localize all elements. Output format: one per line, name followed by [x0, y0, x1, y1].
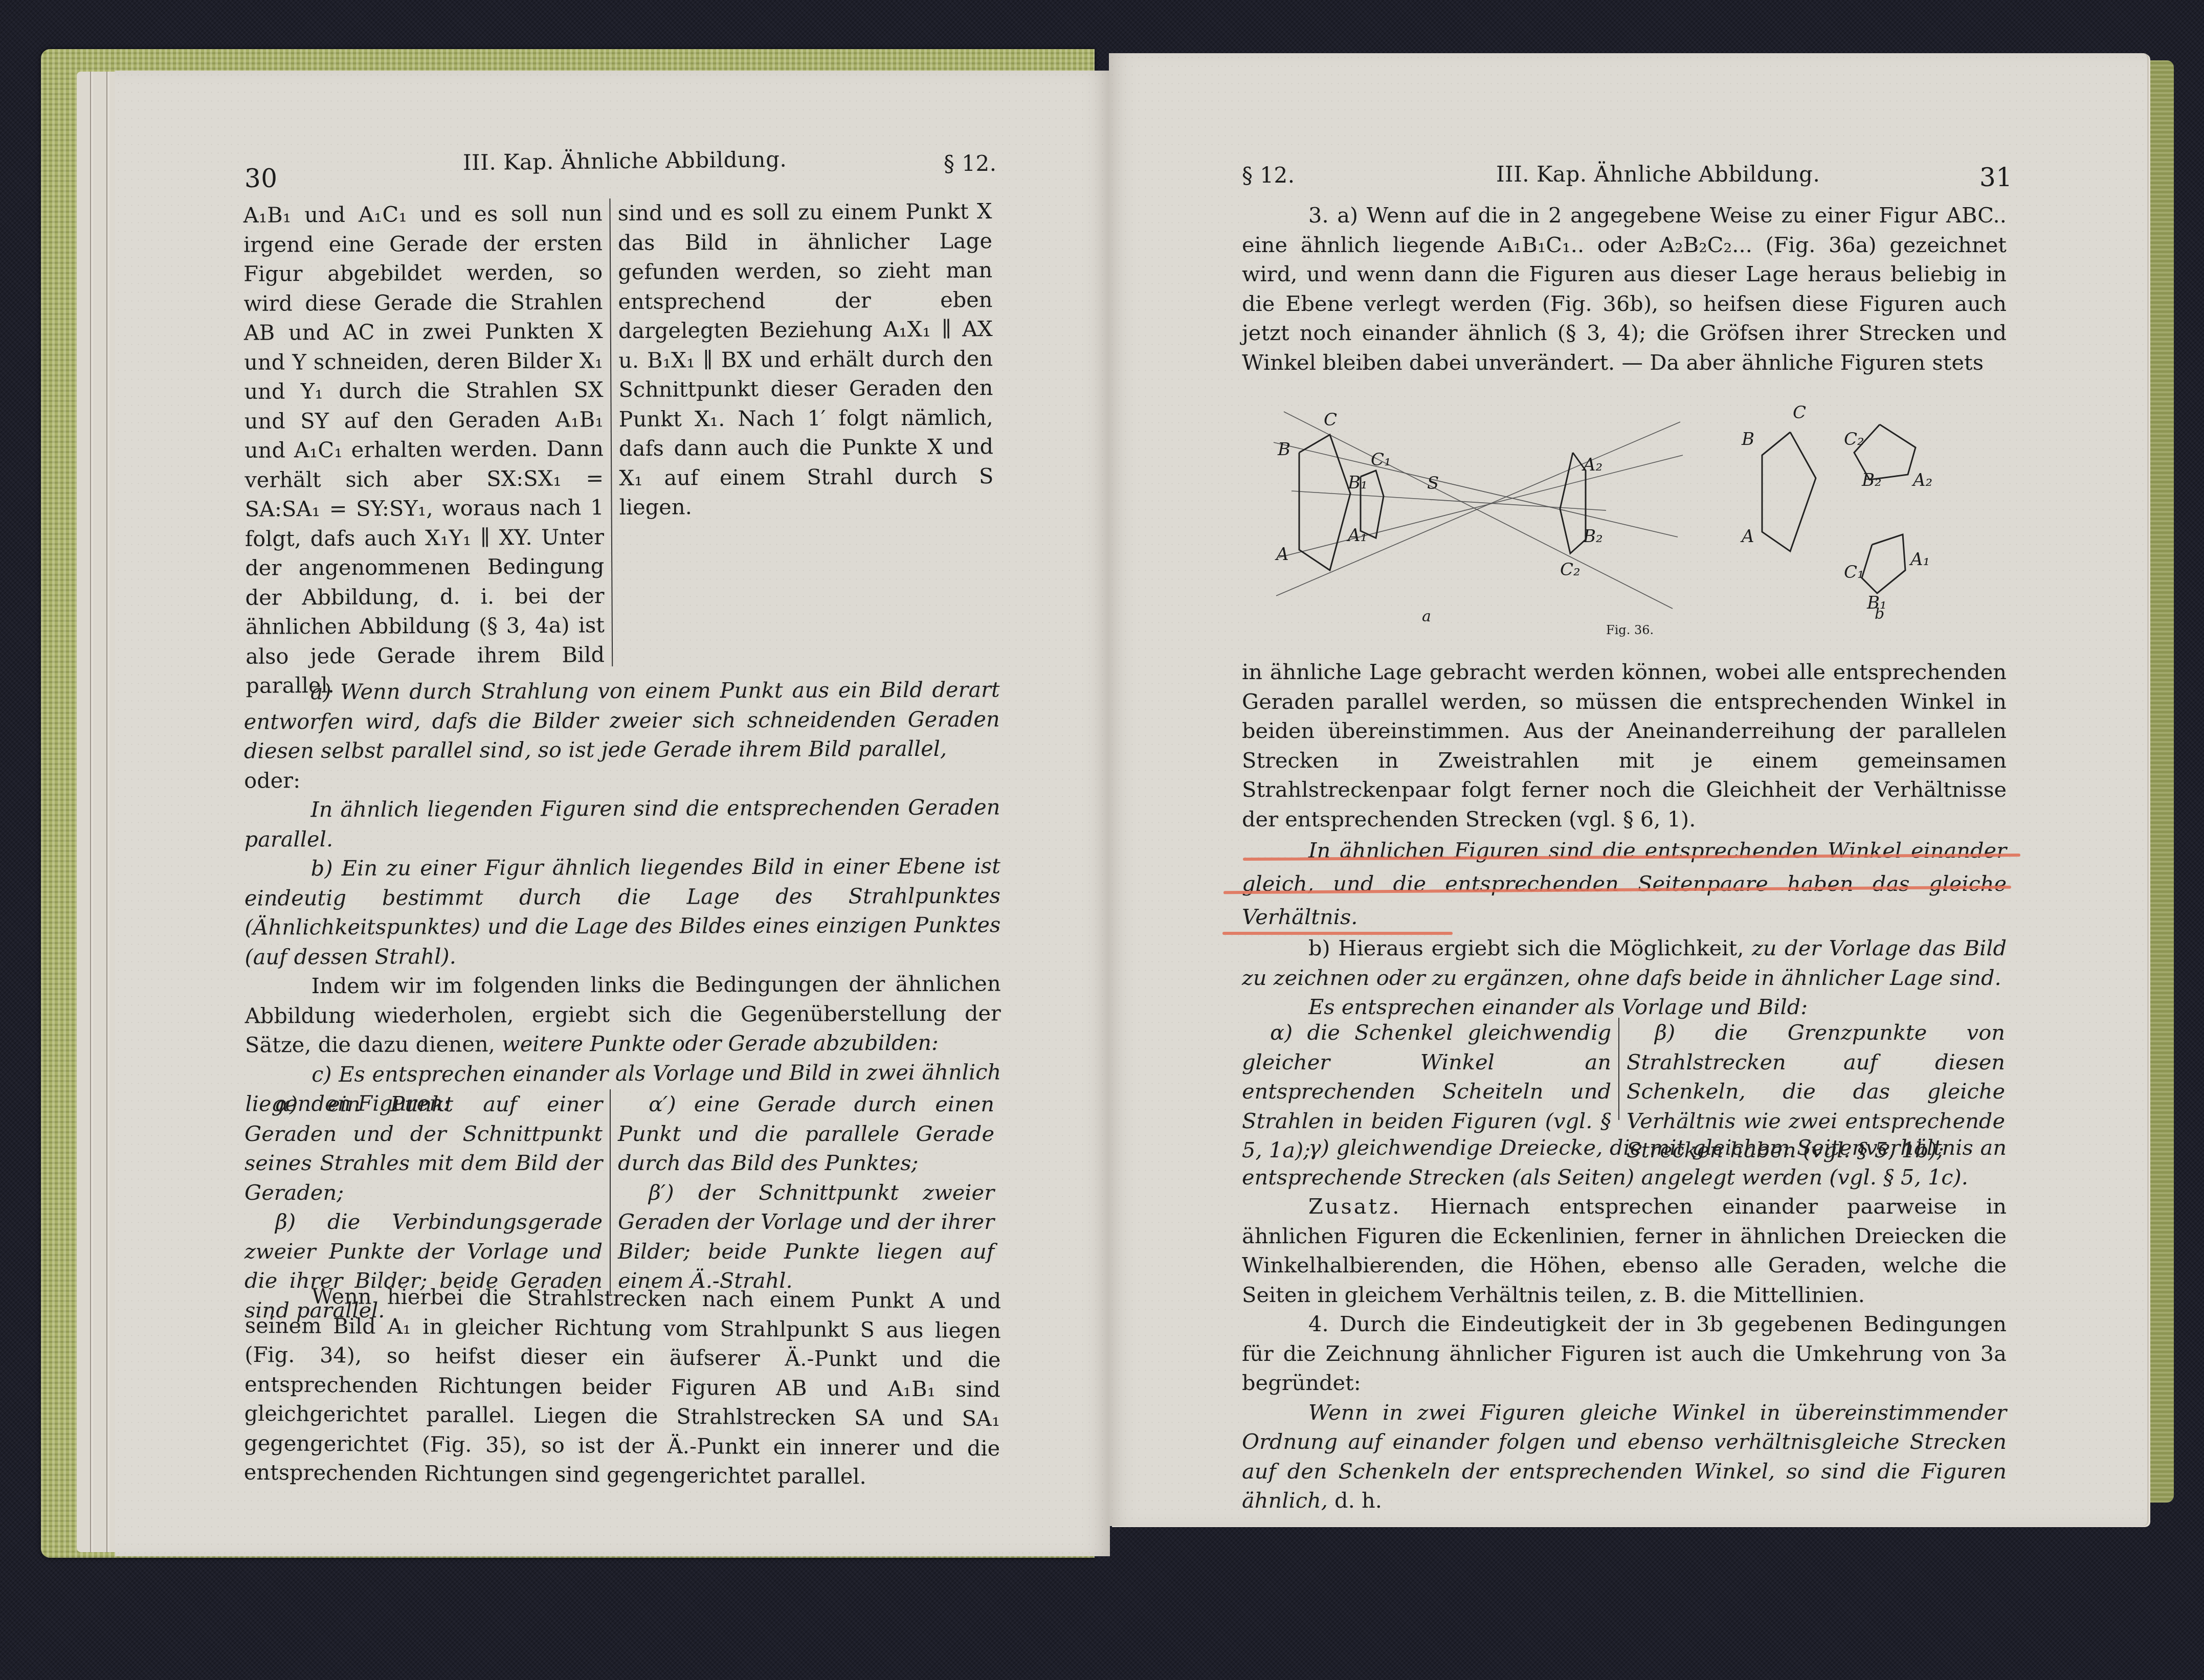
para-3b: b) Hieraus ergiebt sich die Möglichkeit,…: [1242, 933, 2007, 992]
running-head-right: III. Kap. Ähnliche Abbildung.: [1496, 162, 1820, 187]
para-indem: Indem wir im folgenden links die Bedingu…: [245, 969, 1001, 1060]
svg-text:A₁: A₁: [1346, 525, 1367, 546]
para-wenn: Wenn hierbei die Strahlstrecken nach ein…: [244, 1281, 1001, 1492]
projection-rays-icon: [1274, 412, 1683, 609]
svg-text:C: C: [1793, 402, 1806, 423]
para-4: 4. Durch die Eindeutigkeit der in 3b geg…: [1242, 1309, 2007, 1398]
left-body-1: a) Wenn durch Strahlung von einem Punkt …: [243, 675, 1001, 1118]
para-continued: in ähnliche Lage gebracht werden können,…: [1242, 657, 2007, 834]
left-column-text: A₁B₁ und A₁C₁ und es soll nun irgend ein…: [243, 198, 605, 700]
svg-text:C₁: C₁: [1371, 450, 1391, 470]
svg-text:S: S: [1427, 473, 1439, 494]
svg-text:A: A: [1740, 526, 1754, 547]
para-a-theorem: In ähnlich liegenden Figuren sind die en…: [244, 792, 1000, 854]
comparison-divider: [610, 1089, 611, 1294]
right-body-3: γ) gleichwendige Dreiecke, die mit gleic…: [1242, 1133, 2007, 1515]
svg-text:A₁: A₁: [1909, 549, 1930, 570]
para-3a: 3. a) Wenn auf die in 2 angegebene Weise…: [1242, 200, 2007, 377]
para-a: a) Wenn durch Strahlung von einem Punkt …: [243, 675, 1000, 766]
svg-text:B: B: [1277, 439, 1290, 460]
figure-36: C B A C₁ B₁ A₁ S A₂ B₂ C₂ C B A C₂ B₂ A₂…: [1268, 389, 2010, 644]
comparison-divider-right: [1618, 1018, 1619, 1120]
svg-text:A₂: A₂: [1582, 455, 1602, 475]
para-4-theorem: Wenn in zwei Figuren gleiche Winkel in ü…: [1242, 1398, 2007, 1515]
right-body-2: in ähnliche Lage gebracht werden können,…: [1242, 657, 2007, 1022]
section-mark-right: § 12.: [1242, 163, 1295, 188]
svg-text:C: C: [1324, 410, 1337, 430]
svg-text:A: A: [1275, 544, 1289, 565]
svg-text:B₁: B₁: [1347, 473, 1368, 493]
page-number-right: 31: [1979, 163, 2013, 192]
svg-text:C₂: C₂: [1844, 429, 1864, 450]
right-body-1: 3. a) Wenn auf die in 2 angegebene Weise…: [1242, 200, 2007, 377]
para-gamma: γ) gleichwendige Dreiecke, die mit gleic…: [1242, 1133, 2007, 1192]
figure-caption: Fig. 36.: [1606, 623, 1654, 637]
svg-text:B₂: B₂: [1861, 470, 1882, 490]
svg-text:A₂: A₂: [1911, 470, 1932, 490]
para-b: b) Ein zu einer Figur ähnlich liegendes …: [244, 851, 1001, 971]
svg-text:C₂: C₂: [1560, 559, 1580, 580]
figure-label-b: b: [1875, 605, 1884, 623]
left-two-column-block: A₁B₁ und A₁C₁ und es soll nun irgend ein…: [243, 196, 1001, 700]
highlighted-theorem: In ähnlichen Figuren sind die entspreche…: [1242, 834, 2007, 933]
svg-text:C₁: C₁: [1844, 562, 1864, 583]
running-head-left: III. Kap. Ähnliche Abbildung.: [463, 147, 787, 175]
oder: oder:: [244, 763, 1000, 795]
page-number-left: 30: [244, 164, 278, 193]
polygon-abc-icon: [1299, 435, 1586, 570]
figure-label-a: a: [1422, 608, 1431, 625]
section-mark-left: § 12.: [944, 151, 997, 176]
right-column-text: sind und es soll zu einem Punkt X das Bi…: [617, 196, 994, 698]
para-zusatz: Zusatz. Hiernach entsprechen einander pa…: [1242, 1192, 2007, 1309]
es-entsprechen: Es entsprechen einander als Vorlage und …: [1242, 992, 2007, 1022]
svg-text:B₂: B₂: [1583, 526, 1603, 547]
polygon-b-icon: [1762, 424, 1916, 593]
column-divider: [609, 198, 613, 666]
svg-text:B: B: [1741, 429, 1754, 450]
left-body-2: Wenn hierbei die Strahlstrecken nach ein…: [244, 1281, 1001, 1492]
red-underline-3: [1222, 932, 1453, 935]
